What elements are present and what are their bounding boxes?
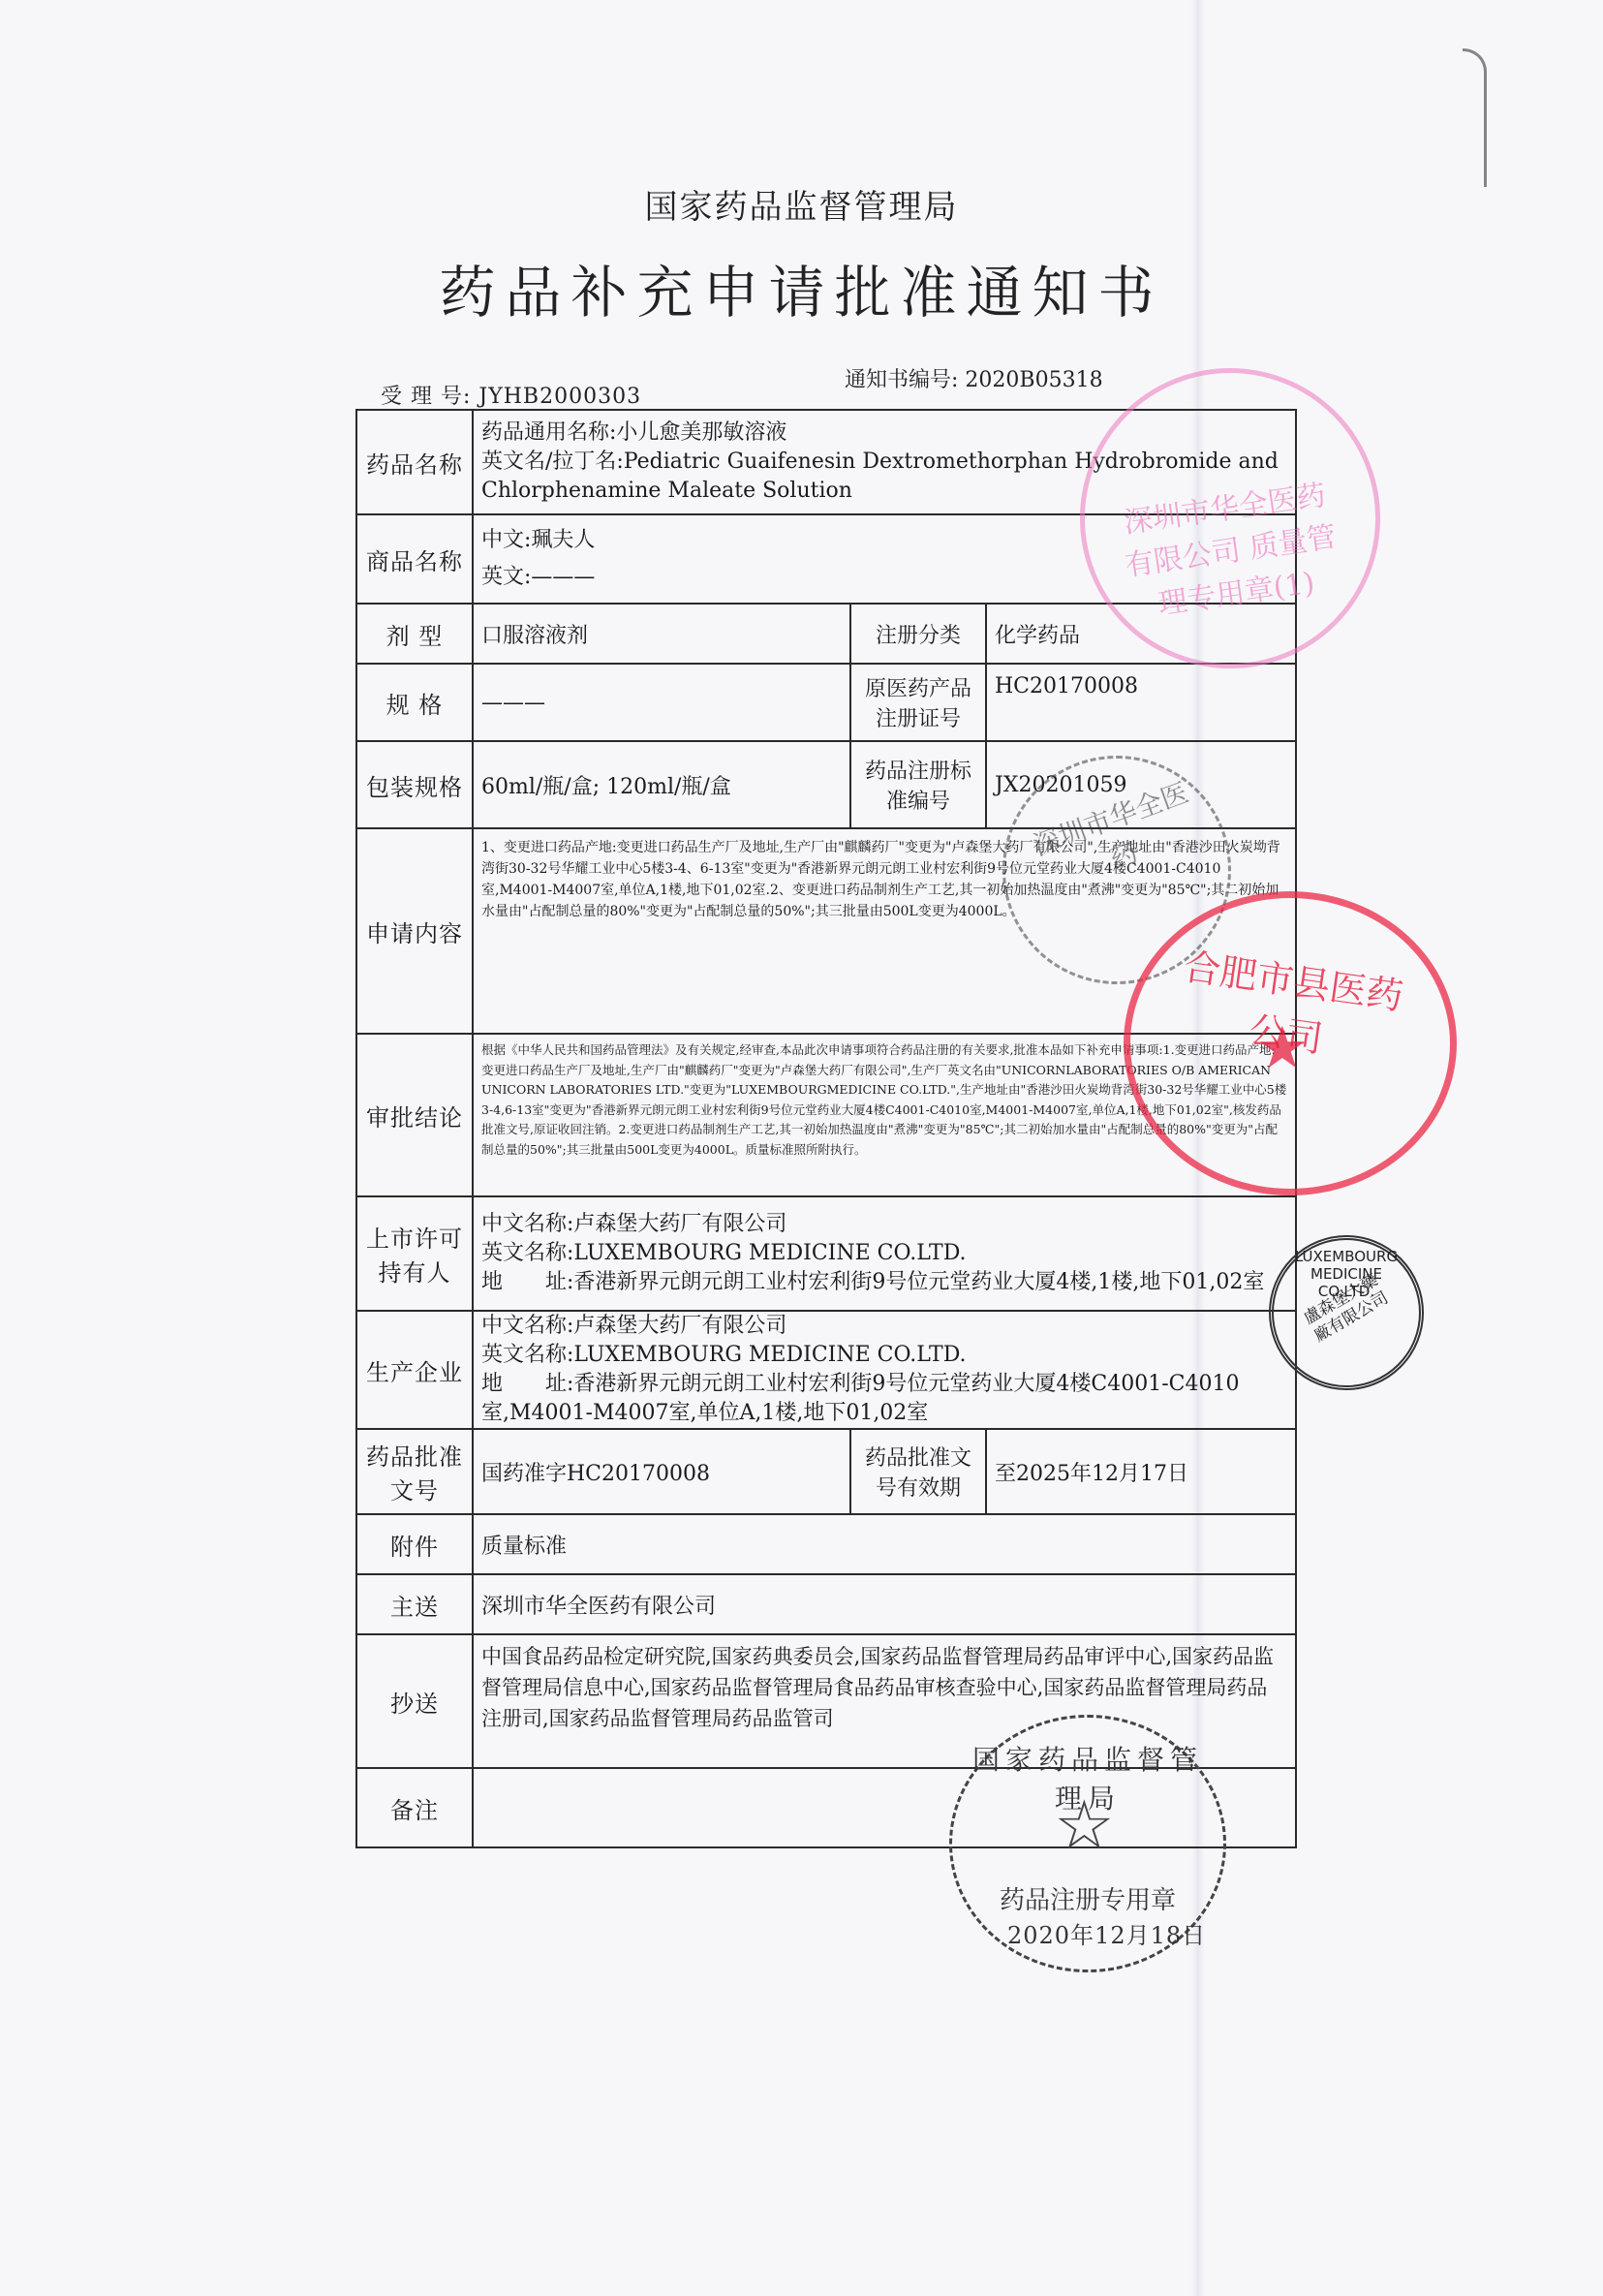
registration-class-label: 注册分类: [850, 604, 986, 664]
corner-pen-mark: [1463, 48, 1487, 187]
conclusion-label: 审批结论: [356, 1034, 473, 1196]
row-manufacturer: 生产企业 中文名称:卢森堡大药厂有限公司 英文名称:LUXEMBOURG MED…: [356, 1311, 1296, 1429]
row-specification: 规 格 ——— 原医药产品注册证号 HC20170008: [356, 664, 1296, 741]
mah-cn-name: 卢森堡大药厂有限公司: [573, 1212, 786, 1236]
recipient-label: 主送: [356, 1574, 473, 1634]
acceptance-number-value: JYHB2000303: [478, 385, 641, 409]
issuing-agency: 国家药品监督管理局: [0, 180, 1603, 228]
application-content-label: 申请内容: [356, 828, 473, 1034]
mah-en-name: LUXEMBOURG MEDICINE CO.LTD.: [573, 1241, 966, 1265]
row-packaging: 包装规格 60ml/瓶/盒; 120ml/瓶/盒 药品注册标准编号 JX2020…: [356, 741, 1296, 828]
registration-class-value: 化学药品: [986, 604, 1296, 664]
validity-label: 药品批准文号有效期: [850, 1429, 986, 1514]
row-recipient: 主送 深圳市华全医药有限公司: [356, 1574, 1296, 1634]
original-cert-value: HC20170008: [986, 664, 1296, 741]
application-content-text: 1、变更进口药品产地:变更进口药品生产厂及地址,生产厂由"麒麟药厂"变更为"卢森…: [473, 828, 1296, 1034]
validity-value: 至2025年12月17日: [986, 1429, 1296, 1514]
notice-number-label: 通知书编号:: [845, 368, 958, 392]
dosage-form-label: 剂 型: [356, 604, 473, 664]
lux-seal-ring-text: LUXEMBOURG MEDICINE CO.LTD.: [1283, 1248, 1409, 1300]
trade-name-cn: 珮夫人: [531, 528, 595, 552]
notice-number: 通知书编号: 2020B05318: [845, 363, 1103, 393]
recipient-value: 深圳市华全医药有限公司: [473, 1574, 1296, 1634]
seal-date: 2020年12月18日: [1007, 1916, 1206, 1950]
manufacturer-address: 香港新界元朗元朗工业村宏利街9号位元堂药业大厦4楼C4001-C4010室,M4…: [481, 1372, 1240, 1425]
row-approval-number: 药品批准文号 国药准字HC20170008 药品批准文号有效期 至2025年12…: [356, 1429, 1296, 1514]
approval-form-table: 药品名称 药品通用名称:小儿愈美那敏溶液 英文名/拉丁名:Pediatric G…: [355, 409, 1297, 1848]
lux-seal-center-text: 盧森堡大藥廠有限公司: [1299, 1269, 1395, 1348]
cc-label: 抄送: [356, 1634, 473, 1768]
attachment-value: 质量标准: [473, 1514, 1296, 1574]
manufacturer-en-name: LUXEMBOURG MEDICINE CO.LTD.: [573, 1343, 966, 1367]
generic-name: 药品通用名称:小儿愈美那敏溶液: [481, 419, 1287, 448]
row-remarks: 备注: [356, 1768, 1296, 1847]
document-title: 药品补充申请批准通知书: [0, 247, 1603, 328]
trade-name-label: 商品名称: [356, 514, 473, 604]
row-trade-name: 商品名称 中文:珮夫人 英文:———: [356, 514, 1296, 604]
approval-number-label: 药品批准文号: [356, 1429, 473, 1514]
specification-label: 规 格: [356, 664, 473, 741]
row-application-content: 申请内容 1、变更进口药品产地:变更进口药品生产厂及地址,生产厂由"麒麟药厂"变…: [356, 828, 1296, 1034]
row-dosage-form: 剂 型 口服溶液剂 注册分类 化学药品: [356, 604, 1296, 664]
mah-label: 上市许可持有人: [356, 1196, 473, 1311]
acceptance-number-label: 受 理 号:: [381, 385, 471, 409]
attachment-label: 附件: [356, 1514, 473, 1574]
original-cert-label: 原医药产品注册证号: [850, 664, 986, 741]
packaging-value: 60ml/瓶/盒; 120ml/瓶/盒: [473, 741, 850, 828]
english-name: 英文名/拉丁名:Pediatric Guaifenesin Dextrometh…: [481, 448, 1287, 506]
manufacturer-cn-name: 卢森堡大药厂有限公司: [573, 1314, 786, 1338]
row-attachment: 附件 质量标准: [356, 1514, 1296, 1574]
acceptance-number: 受 理 号: JYHB2000303: [381, 380, 641, 410]
cc-value: 中国食品药品检定研究院,国家药典委员会,国家药品监督管理局药品审评中心,国家药品…: [473, 1634, 1296, 1768]
dosage-form-value: 口服溶液剂: [473, 604, 850, 664]
notice-number-value: 2020B05318: [965, 368, 1102, 392]
row-mah: 上市许可持有人 中文名称:卢森堡大药厂有限公司 英文名称:LUXEMBOURG …: [356, 1196, 1296, 1311]
row-conclusion: 审批结论 根据《中华人民共和国药品管理法》及有关规定,经审查,本品此次申请事项符…: [356, 1034, 1296, 1196]
nmpa-seal-bottom-text: 药品注册专用章: [971, 1880, 1204, 1916]
row-drug-name: 药品名称 药品通用名称:小儿愈美那敏溶液 英文名/拉丁名:Pediatric G…: [356, 410, 1296, 514]
mah-address: 香港新界元朗元朗工业村宏利街9号位元堂药业大厦4楼,1楼,地下01,02室: [573, 1270, 1264, 1294]
remarks-value: [473, 1768, 1296, 1847]
drug-name-label: 药品名称: [356, 410, 473, 514]
remarks-label: 备注: [356, 1768, 473, 1847]
trade-name-en: ———: [531, 565, 595, 589]
generic-name-value: 小儿愈美那敏溶液: [616, 420, 786, 445]
specification-value: ———: [473, 664, 850, 741]
approval-number-value: 国药准字HC20170008: [473, 1429, 850, 1514]
standard-no-value: JX20201059: [986, 741, 1296, 828]
conclusion-text: 根据《中华人民共和国药品管理法》及有关规定,经审查,本品此次申请事项符合药品注册…: [473, 1034, 1296, 1196]
standard-no-label: 药品注册标准编号: [850, 741, 986, 828]
row-cc: 抄送 中国食品药品检定研究院,国家药典委员会,国家药品监督管理局药品审评中心,国…: [356, 1634, 1296, 1768]
packaging-label: 包装规格: [356, 741, 473, 828]
manufacturer-label: 生产企业: [356, 1311, 473, 1429]
